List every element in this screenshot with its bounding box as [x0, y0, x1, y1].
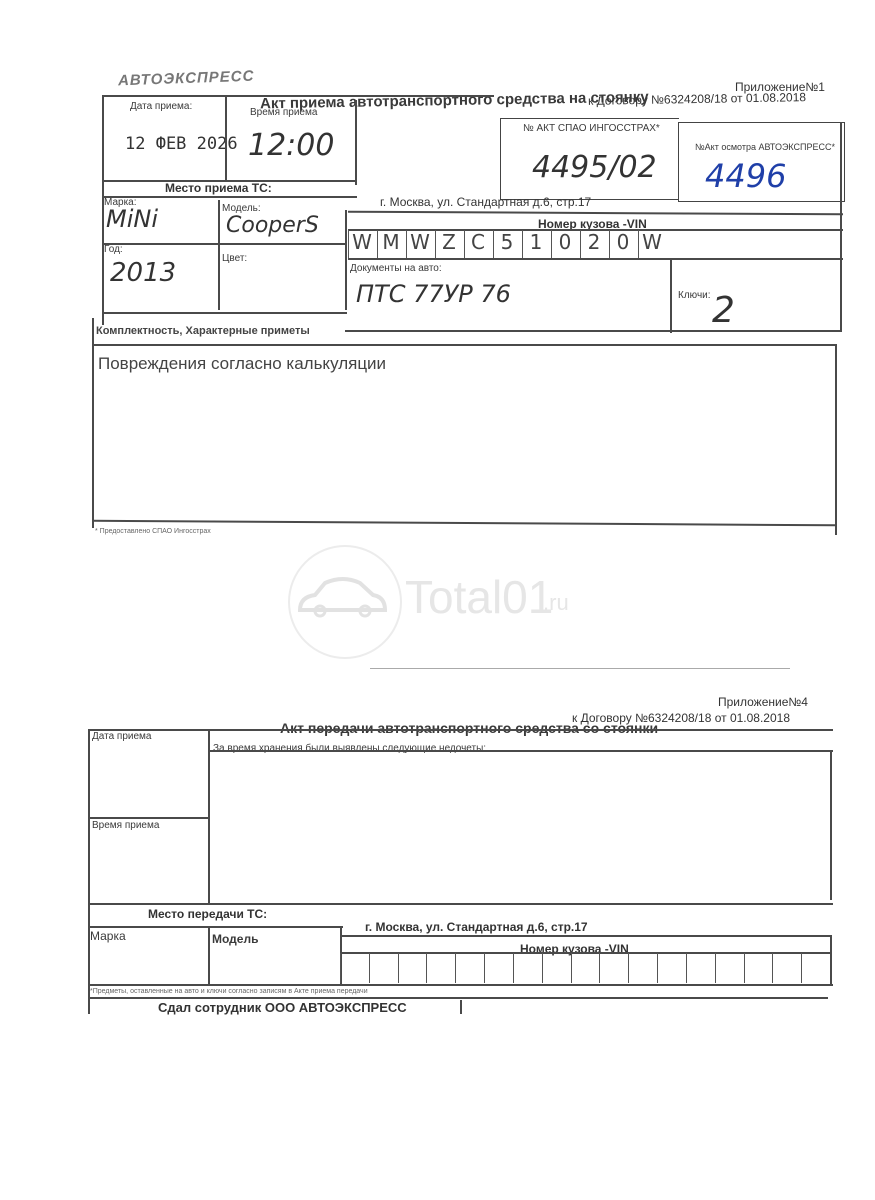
date-label-2: Дата приема	[92, 731, 151, 742]
brand-label-2: Марка	[90, 929, 126, 943]
vin-char: 0	[551, 230, 579, 254]
form-title: Акт приема автотранспортного средства на…	[260, 89, 649, 113]
vin-char: W	[638, 230, 666, 254]
model-value: CooperS	[226, 213, 319, 238]
appendix-label-2: Приложение№4	[718, 695, 808, 709]
inspection-act-label: №Акт осмотра АВТОЭКСПРЕСС*	[695, 142, 835, 152]
vin-char: W	[348, 230, 376, 254]
form-title-2: Акт передачи автотранспортного средства …	[280, 720, 658, 736]
time-label-2: Время приема	[92, 820, 159, 831]
vin-cell	[455, 953, 456, 983]
vin-grid-2	[340, 953, 830, 983]
vin-cell	[772, 953, 773, 983]
completeness-value: Повреждения согласно калькуляции	[98, 354, 386, 374]
date-label: Дата приема:	[130, 101, 192, 112]
year-label: Год:	[104, 244, 123, 255]
vin-cell	[369, 953, 370, 983]
completeness-label: Комплектность, Характерные приметы	[96, 325, 310, 337]
vin-char: 1	[522, 230, 550, 254]
vin-cell	[542, 953, 543, 983]
model-label-2: Модель	[212, 932, 258, 946]
vin-char: W	[406, 230, 434, 254]
car-icon	[295, 575, 390, 625]
place-label: Место приема ТС:	[165, 181, 272, 195]
keys-value: 2	[712, 290, 735, 331]
place-label-2: Место передачи ТС:	[148, 907, 267, 921]
color-label: Цвет:	[222, 253, 247, 264]
footnote-1: * Предоставлено СПАО Ингосстрах	[95, 528, 211, 535]
vin-char: Z	[435, 230, 463, 254]
vin-char: 5	[493, 230, 521, 254]
vin-cell	[513, 953, 514, 983]
vin-cell	[571, 953, 572, 983]
docs-value: ПТС 77УР 76	[356, 280, 511, 308]
place-value-2: г. Москва, ул. Стандартная д.6, стр.17	[365, 920, 588, 934]
vin-char: C	[464, 230, 492, 254]
watermark-text: Total01	[405, 570, 553, 624]
vin-cell	[628, 953, 629, 983]
vin-cell	[398, 953, 399, 983]
company-logo: АВТОЭКСПРЕСС	[118, 68, 255, 90]
vin-char: 2	[580, 230, 608, 254]
vin-cell	[657, 953, 658, 983]
ingos-act-label: № АКТ СПАО ИНГОССТРАХ*	[523, 123, 660, 134]
time-value: 12:00	[248, 128, 334, 163]
vin-cell	[686, 953, 687, 983]
vin-cell	[715, 953, 716, 983]
vin-cell	[599, 953, 600, 983]
vin-cell	[744, 953, 745, 983]
handed-by-label: Сдал сотрудник ООО АВТОЭКСПРЕСС	[158, 1000, 407, 1015]
date-stamp: 12 ФЕВ 2026	[125, 134, 238, 154]
watermark-suffix: .ru	[543, 590, 569, 616]
place-value: г. Москва, ул. Стандартная д.6, стр.17	[380, 195, 591, 209]
vin-grid: WMWZC51020W	[348, 230, 668, 258]
footnote-2: *Предметы, оставленные на авто и ключи с…	[90, 988, 368, 995]
vin-char: 0	[609, 230, 637, 254]
docs-label: Документы на авто:	[350, 263, 442, 274]
vin-cell	[426, 953, 427, 983]
vin-cell	[340, 953, 341, 983]
time-label: Время приема	[250, 107, 317, 118]
brand-value: MiNi	[106, 205, 158, 233]
vin-cell	[484, 953, 485, 983]
vin-char: M	[377, 230, 405, 254]
vin-cell	[801, 953, 802, 983]
keys-label: Ключи:	[678, 290, 711, 301]
inspection-act-value: 4496	[705, 157, 786, 195]
ingos-act-value: 4495/02	[532, 150, 657, 185]
year-value: 2013	[110, 258, 176, 288]
defects-label: За время хранения были выявлены следующи…	[213, 743, 486, 754]
